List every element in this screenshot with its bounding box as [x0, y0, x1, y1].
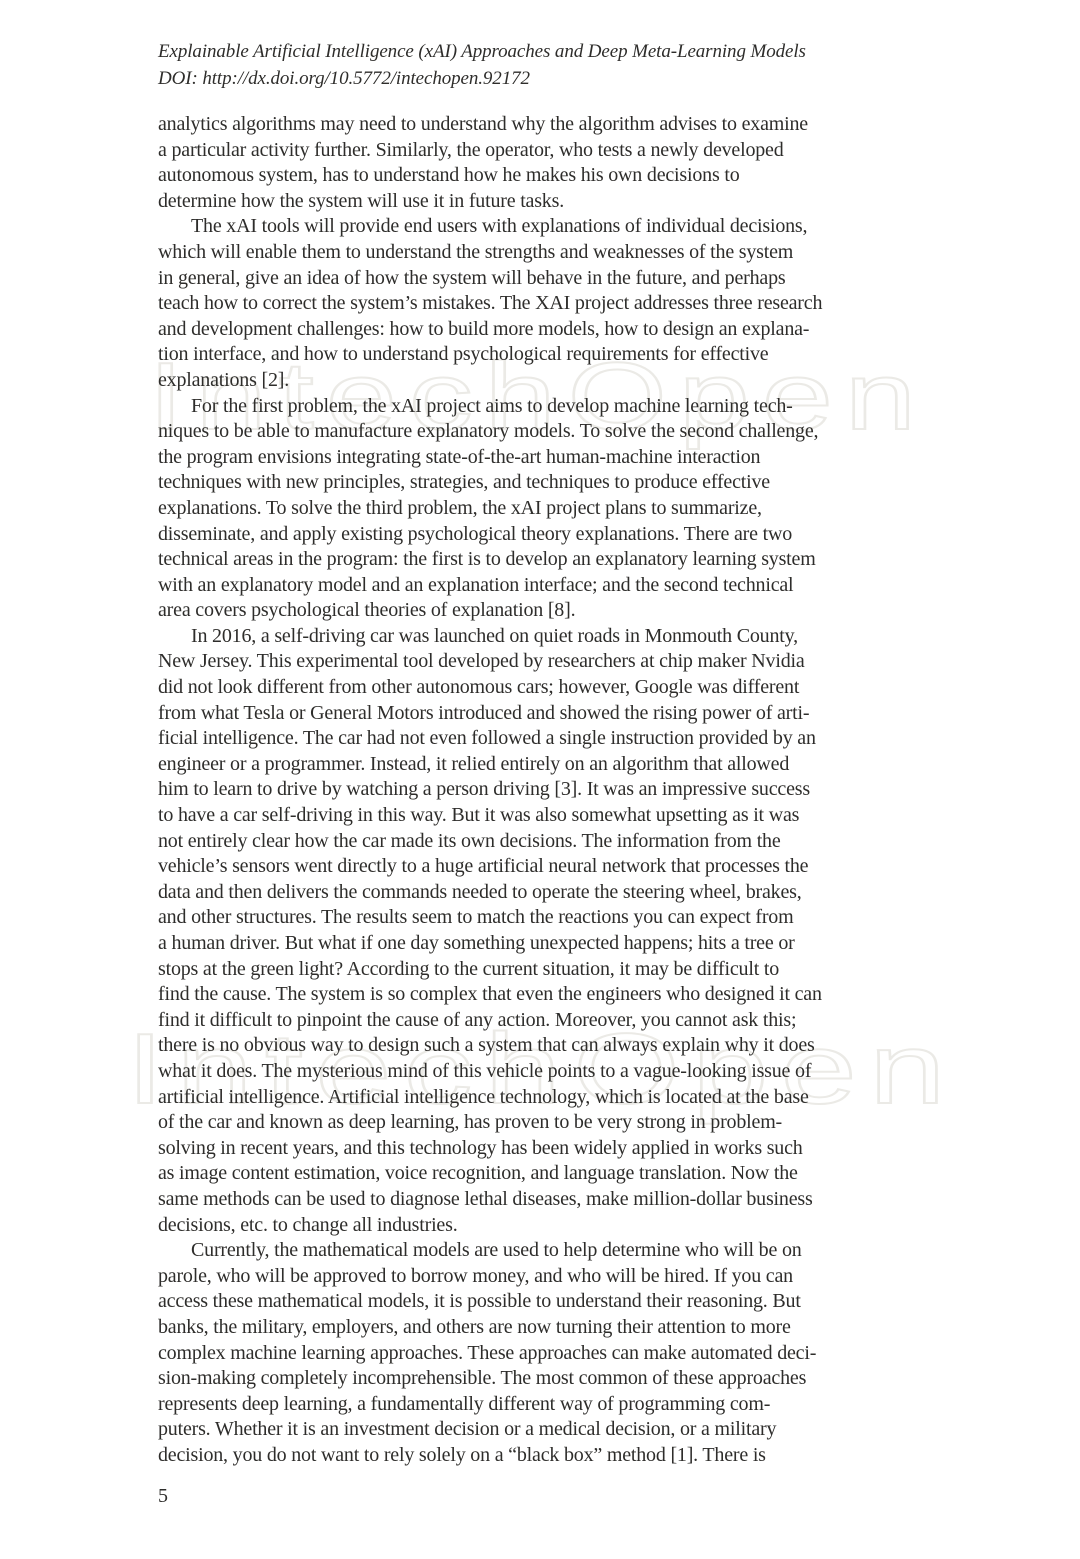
paragraph: For the first problem, the xAI project a…: [158, 394, 958, 624]
paragraph: In 2016, a self-driving car was launched…: [158, 624, 958, 1238]
paragraph: analytics algorithms may need to underst…: [158, 112, 958, 214]
running-header: Explainable Artificial Intelligence (xAI…: [158, 38, 806, 92]
page-number: 5: [158, 1484, 168, 1508]
body-text: analytics algorithms may need to underst…: [158, 112, 958, 1468]
running-header-doi: DOI: http://dx.doi.org/10.5772/intechope…: [158, 65, 806, 92]
document-page: IntechOpen IntechOpen Explainable Artifi…: [0, 0, 1080, 1559]
paragraph: Currently, the mathematical models are u…: [158, 1238, 958, 1468]
paragraph: The xAI tools will provide end users wit…: [158, 214, 958, 393]
running-header-title: Explainable Artificial Intelligence (xAI…: [158, 38, 806, 65]
